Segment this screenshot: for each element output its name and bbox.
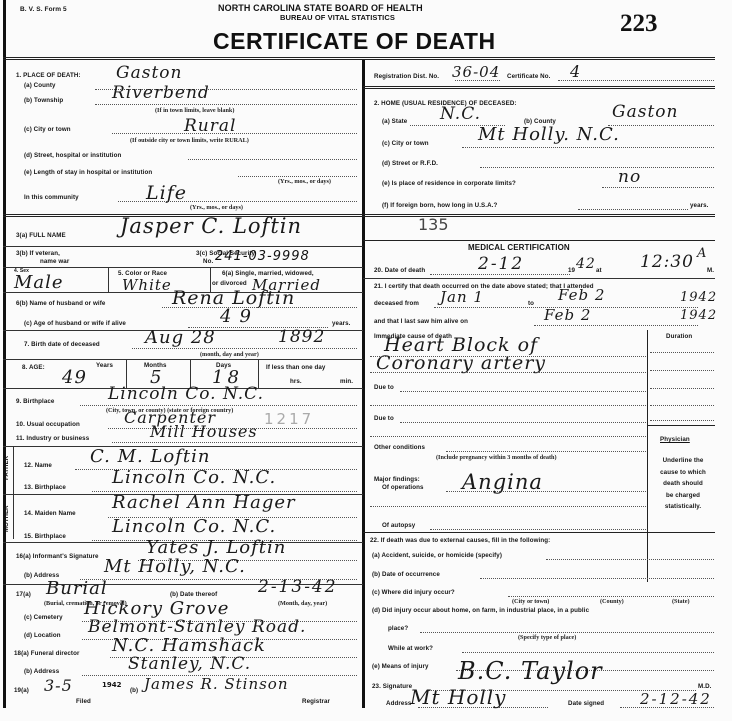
township-note: (If in town limits, leave blank) [155,107,234,114]
registration-dist-label: Registration Dist. No. [374,73,439,80]
residence-city-label: (c) City or town [382,140,429,147]
age-lt-day-label: If less than one day [266,364,325,371]
last-seen-year: 1942 [680,308,717,323]
foreign-born-unit: years. [690,202,709,209]
attended-to-value: Feb 2 [558,286,605,304]
death-time-value: 12:30 [640,252,694,272]
page-title: CERTIFICATE OF DEATH [213,28,496,55]
city-label: (c) City or town [24,126,71,133]
operations-label: Of operations [382,484,424,491]
means-of-injury-label: (e) Means of injury [372,663,429,670]
death-year-value: 42 [576,256,596,272]
agency-name: NORTH CAROLINA STATE BOARD OF HEALTH [218,3,423,13]
birth-year-value: 1892 [278,327,325,347]
ssn-value: 241-03-9998 [215,249,310,264]
veteran-label-2: name war [40,258,69,265]
stay-note: (Yrs., mos., or days) [278,178,331,185]
certificate-no-value: 4 [570,62,581,81]
corporate-limits-label: (e) Is place of residence in corporate l… [382,180,516,187]
death-year-prefix: 19 [568,267,575,274]
birth-date-note: (month, day and year) [200,351,259,358]
full-name-value: Jasper C. Loftin [120,214,302,238]
physician-note-line: be charged [652,490,714,502]
township-label: (b) Township [24,97,63,104]
birthplace-value: Lincoln Co. N.C. [108,384,264,404]
disposition-date-note: (Month, day, year) [278,600,327,607]
physician-signature: B.C. Taylor [458,657,603,685]
where-note-city: (City or town) [512,598,549,605]
occurrence-date-label: (b) Date of occurrence [372,571,440,578]
community-note: (Yrs., mos., or days) [190,204,243,211]
date-signed-label: Date signed [568,700,604,707]
location-value: Belmont-Stanley Road. [88,617,306,637]
residence-street-label: (d) Street or R.F.D. [382,160,438,167]
occupation-margin-note: 1217 [264,410,314,428]
age-hrs-label: hrs. [290,378,302,385]
father-name-value: C. M. Loftin [90,446,210,467]
form-id: B. V. S. Form 5 [20,6,67,13]
marital-label-2: or divorced [212,280,247,287]
father-side-label: FATHER [4,456,10,480]
physician-note-line: statistically. [652,501,714,513]
spouse-age-label: (c) Age of husband or wife if alive [24,320,126,327]
age-years-label: Years [96,362,113,369]
spouse-age-unit: years. [332,320,351,327]
father-name-label: 12. Name [24,462,52,469]
death-date-value: 2-12 [478,254,524,274]
location-label: (d) Location [24,632,61,639]
registrar-signature: James R. Stinson [144,675,289,693]
corporate-limits-value: no [618,167,641,187]
physician-address-label: Address [386,700,411,707]
death-township-value: Riverbend [112,83,210,103]
death-county-value: Gaston [116,63,182,83]
date-signed-value: 2-12-42 [640,690,712,708]
physician-note: Underline the cause to which death shoul… [652,455,714,513]
bureau-name: BUREAU OF VITAL STATISTICS [280,13,395,22]
medical-heading: MEDICAL CERTIFICATION [468,243,570,252]
sex-value: Male [14,272,64,293]
physician-heading: Physician [660,436,690,443]
spouse-label: 6(b) Name of husband or wife [16,300,105,307]
major-findings-label: Major findings: [374,476,420,483]
mother-birthplace-value: Lincoln Co. N.C. [112,516,276,537]
page-number: 223 [620,10,658,38]
due-to-2-label: Due to [374,415,394,422]
father-birthplace-value: Lincoln Co. N.C. [112,467,276,488]
spouse-age-value: 49 [220,306,259,327]
funeral-director-label: 18(a) Funeral director [14,650,79,657]
funeral-address-label: (b) Address [24,668,59,675]
residence-state-value: N.C. [440,104,481,124]
margin-note: 135 [418,215,449,234]
due-to-1-label: Due to [374,384,394,391]
death-ampm-suffix: M. [707,267,714,274]
center-divider [362,60,365,708]
physician-note-line: death should [652,478,714,490]
left-border [3,0,6,708]
death-date-label: 20. Date of death [374,267,425,274]
cemetery-label: (c) Cemetery [24,614,63,621]
injury-where-label: (c) Where did injury occur? [372,589,455,596]
street-label: (d) Street, hospital or institution [24,152,121,159]
industry-label: 11. Industry or business [16,435,89,442]
other-conditions-note: (Include pregnancy within 3 months of de… [436,454,557,461]
header-rule [3,57,715,60]
filed-note: Filed [76,698,91,705]
physician-signature-label: 23. Signature [372,683,412,690]
autopsy-label: Of autopsy [382,522,415,529]
veteran-label: 3(b) If veteran, [16,250,60,257]
attended-to-label: to [528,300,534,307]
residence-city-value: Mt Holly. N.C. [478,124,620,145]
attended-year: 1942 [680,290,717,305]
disposition-date-label: (b) Date thereof [170,591,217,598]
filed-year-value: 1942 [102,681,121,689]
age-min-label: min. [340,378,353,385]
city-note: (If outside city or town limits, write R… [130,137,249,144]
death-certificate: B. V. S. Form 5 NORTH CAROLINA STATE BOA… [0,0,732,721]
other-conditions-label: Other conditions [374,444,425,451]
mother-side-label: MOTHER [4,505,10,532]
filing-label: 19(a) [14,687,29,694]
stay-label: (e) Length of stay in hospital or instit… [24,169,152,176]
mother-name-label: 14. Maiden Name [24,510,76,517]
funeral-address-value: Stanley, N.C. [128,654,251,674]
physician-note-line: cause to which [652,467,714,479]
accident-label: (a) Accident, suicide, or homicide (spec… [372,552,502,559]
disposition-date-value: 2-13-42 [258,577,338,597]
ssn-label-2: No. [203,258,213,265]
duration-label: Duration [666,333,692,340]
age-years-value: 49 [62,367,87,388]
last-seen-value: Feb 2 [544,306,591,324]
death-ampm-value: A [697,246,707,261]
birth-date-value: Aug 28 [145,327,216,348]
external-causes-heading: 22. If death was due to external causes,… [370,537,550,544]
community-label: In this community [24,194,79,201]
disposition-value: Burial [46,578,108,599]
while-at-work-label: While at work? [388,645,433,652]
occupation-label: 10. Usual occupation [16,421,80,428]
industry-value: Mill Houses [150,422,258,441]
death-at-label: at [596,267,602,274]
informant-signature: Yates J. Loftin [146,537,286,558]
birthplace-label: 9. Birthplace [16,398,54,405]
registration-dist-value: 36-04 [452,63,500,81]
physician-note-line: Underline the [652,455,714,467]
community-value: Life [146,182,187,204]
operations-value: Angina [462,470,543,494]
birth-date-label: 7. Birth date of deceased [24,341,100,348]
cemetery-value: Hickory Grove [84,598,229,619]
registrar-label: (b) [130,687,138,694]
residence-state-label: (a) State [382,118,407,125]
disposition-label: 17(a) [16,591,31,598]
age-label: 8. AGE: [22,364,45,371]
foreign-born-label: (f) If foreign born, how long in U.S.A.? [382,202,497,209]
attended-from-value: Jan 1 [440,288,484,306]
registrar-note: Registrar [302,698,330,705]
last-seen-label: and that I last saw him alive on [374,318,468,325]
injury-place-label-2: place? [388,625,408,632]
father-birthplace-label: 13. Birthplace [24,484,66,491]
where-note-state: (State) [672,598,690,605]
mother-birthplace-label: 15. Birthplace [24,533,66,540]
funeral-director-value: N.C. Hamshack [112,635,266,656]
injury-place-label: (d) Did injury occur about home, on farm… [372,607,589,614]
place-of-death-heading: 1. PLACE OF DEATH: [16,72,81,79]
county-label: (a) County [24,82,56,89]
residence-county-value: Gaston [612,102,678,122]
attended-from-label: deceased from [374,300,419,307]
physician-suffix: M.D. [698,683,711,690]
mother-name-value: Rachel Ann Hager [112,492,296,513]
death-city-value: Rural [184,116,236,136]
full-name-label: 3(a) FULL NAME [16,232,66,239]
informant-label: 16(a) Informant's Signature [16,553,99,560]
informant-address-value: Mt Holly, N.C. [104,556,246,577]
certificate-no-label: Certificate No. [507,73,550,80]
injury-place-note: (Specify type of place) [518,634,576,641]
filed-date-value: 3-5 [44,676,73,695]
physician-address-value: Mt Holly [410,685,506,709]
where-note-county: (County) [600,598,624,605]
